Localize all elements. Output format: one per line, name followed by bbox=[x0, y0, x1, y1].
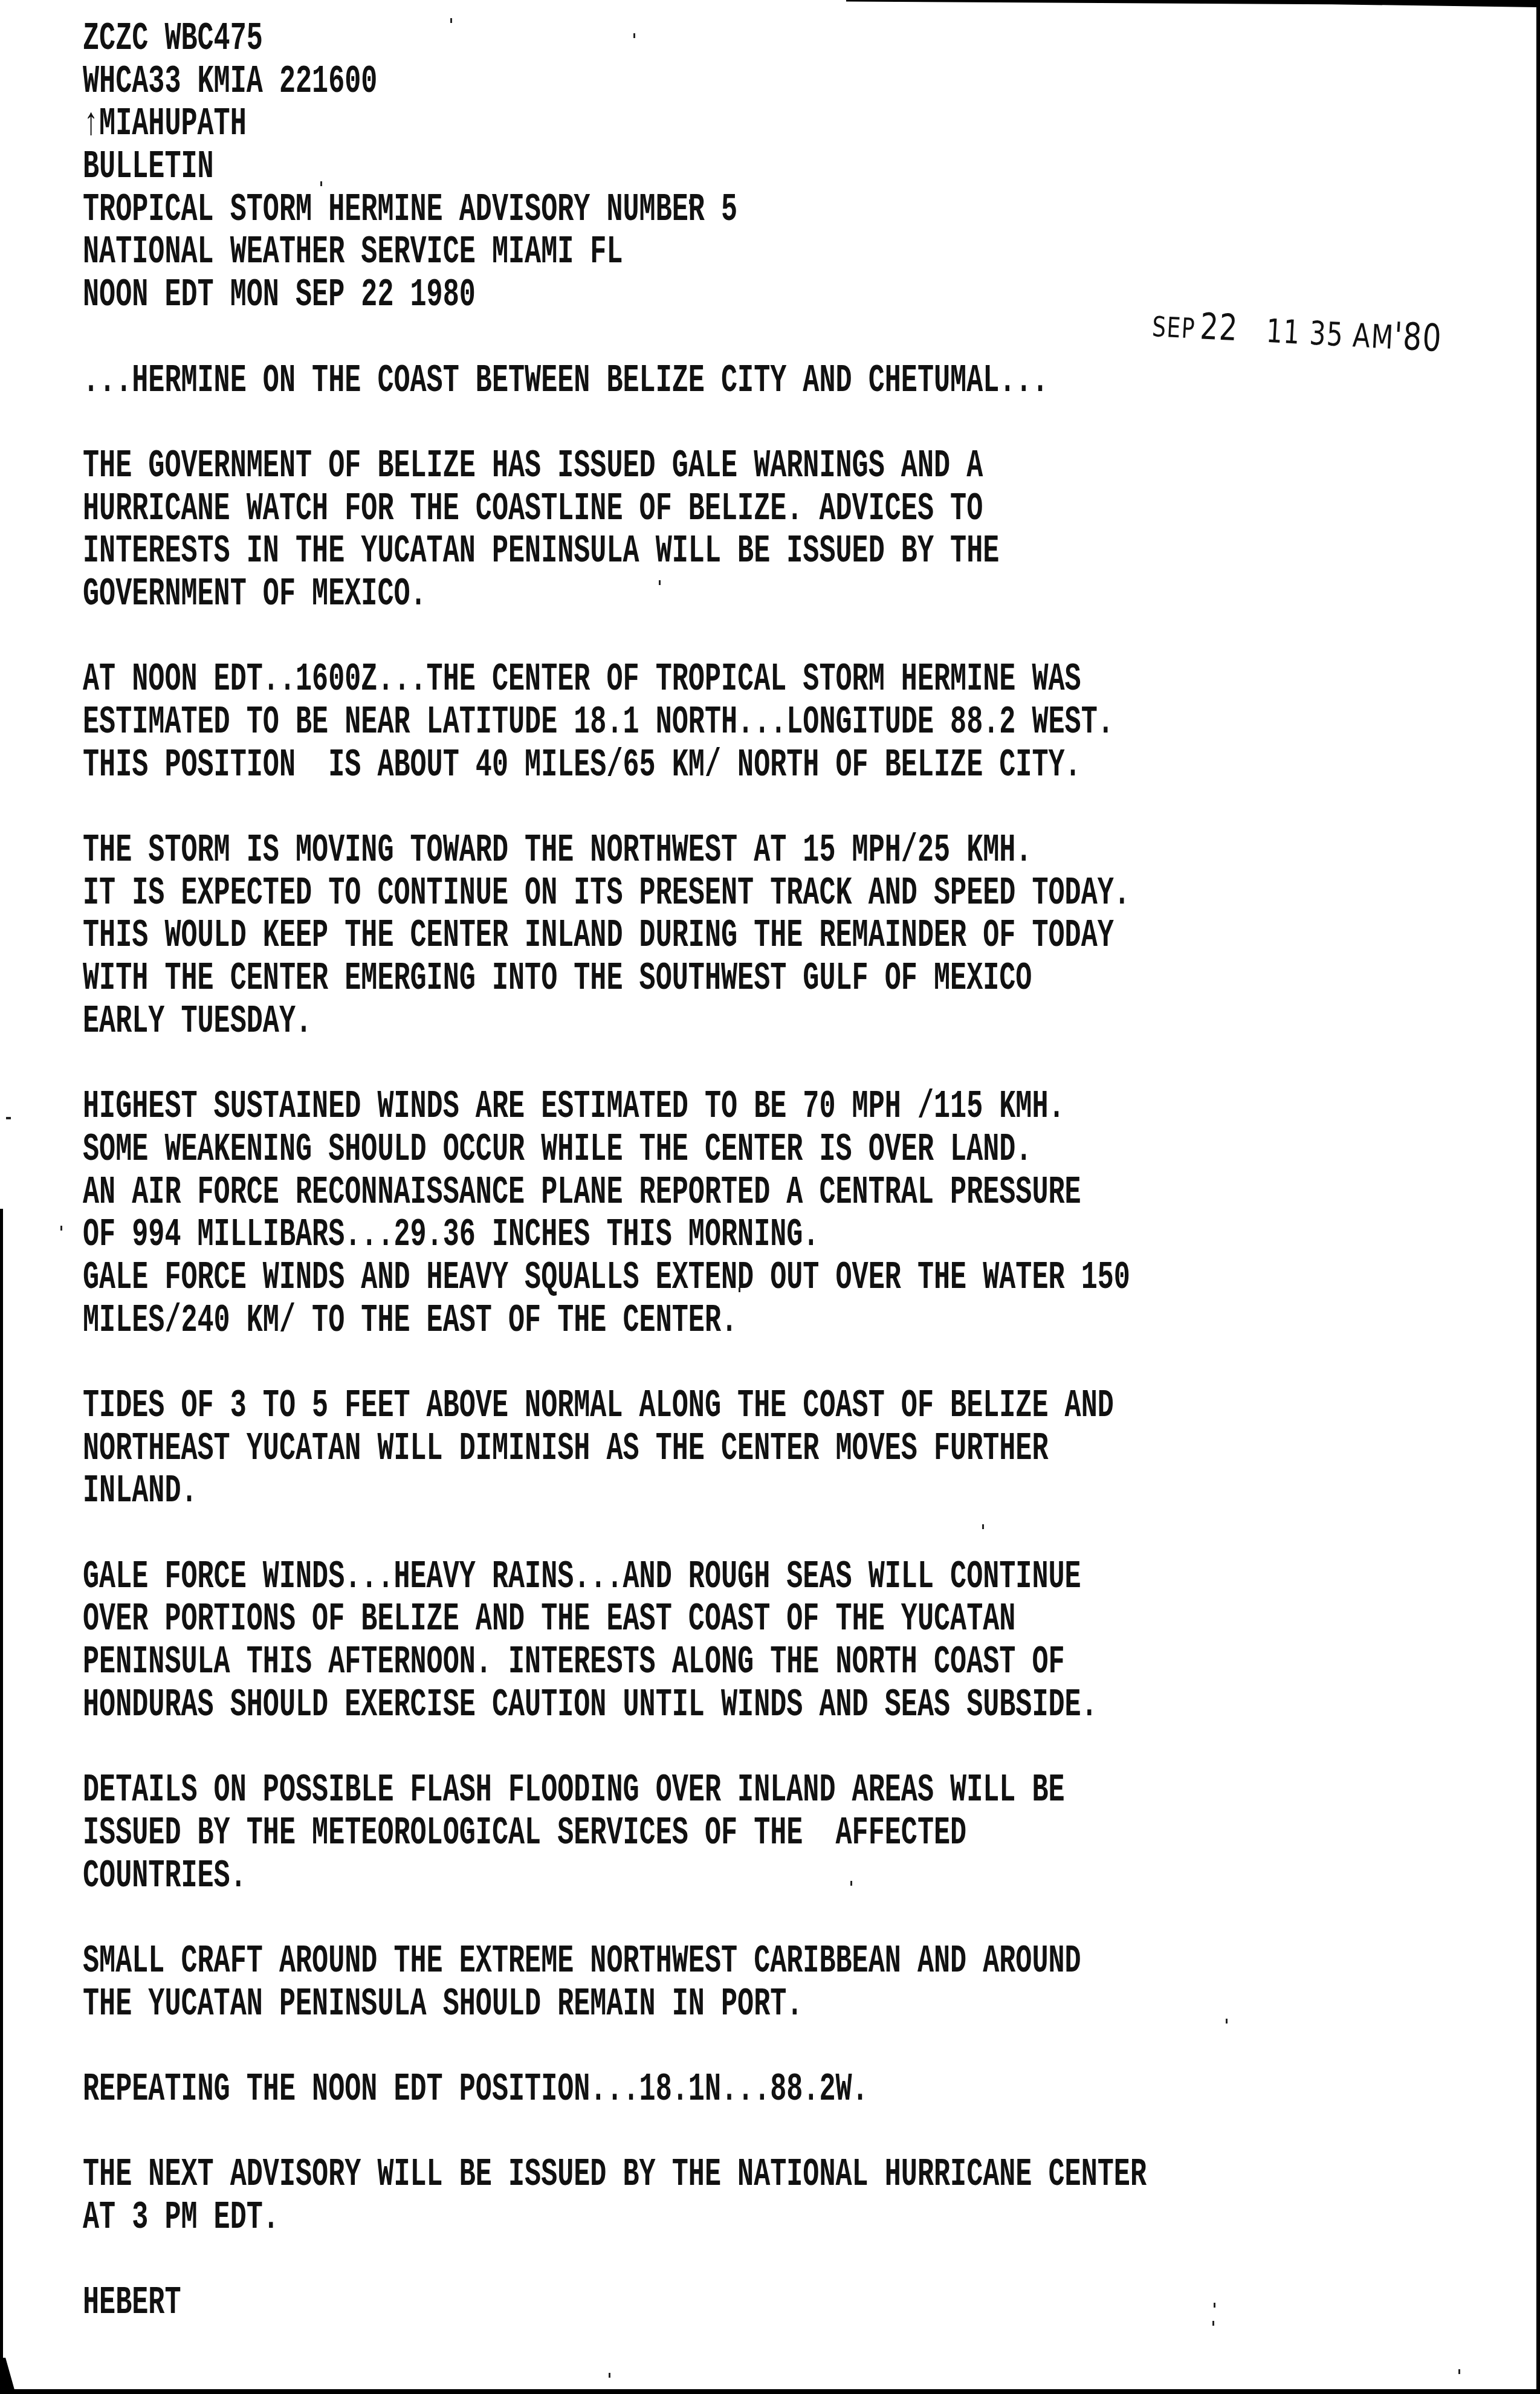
paragraph-next-advisory-line: AT 3 PM EDT. bbox=[83, 2197, 1147, 2240]
issue-time: NOON EDT MON SEP 22 1980 bbox=[83, 274, 1147, 317]
print-speck bbox=[739, 1287, 740, 1292]
paragraph-movement-line: THE STORM IS MOVING TOWARD THE NORTHWEST… bbox=[83, 830, 1147, 873]
paragraph-movement-line: EARLY TUESDAY. bbox=[83, 1001, 1147, 1044]
print-speck bbox=[982, 1524, 984, 1529]
paragraph-small-craft-line: SMALL CRAFT AROUND THE EXTREME NORTHWEST… bbox=[83, 1941, 1147, 1984]
paragraph-position-line: AT NOON EDT..1600Z...THE CENTER OF TROPI… bbox=[83, 659, 1147, 702]
blank-line bbox=[83, 616, 1147, 659]
paragraph-flooding-line: DETAILS ON POSSIBLE FLASH FLOODING OVER … bbox=[83, 1770, 1147, 1813]
print-speck bbox=[6, 1117, 11, 1119]
scan-edge-corner bbox=[0, 2358, 16, 2394]
stamp-year: '80 bbox=[1393, 314, 1443, 360]
paragraph-tides-line: TIDES OF 3 TO 5 FEET ABOVE NORMAL ALONG … bbox=[83, 1385, 1147, 1428]
blank-line bbox=[83, 1342, 1147, 1385]
print-speck bbox=[1214, 2303, 1215, 2308]
print-speck bbox=[60, 1226, 62, 1231]
print-speck bbox=[1212, 2321, 1214, 2326]
stamp-day: 22 bbox=[1199, 305, 1239, 349]
print-speck bbox=[633, 33, 635, 38]
paragraph-flooding-line: COUNTRIES. bbox=[83, 1855, 1147, 1898]
blank-line bbox=[83, 403, 1147, 445]
paragraph-winds-line: OF 994 MILLIBARS...29.36 INCHES THIS MOR… bbox=[83, 1214, 1147, 1257]
print-speck bbox=[659, 580, 661, 585]
print-speck bbox=[320, 181, 322, 186]
blank-line bbox=[83, 317, 1147, 360]
print-speck bbox=[609, 2373, 610, 2378]
paragraph-next-advisory-line: THE NEXT ADVISORY WILL BE ISSUED BY THE … bbox=[83, 2154, 1147, 2197]
paragraph-winds-line: SOME WEAKENING SHOULD OCCUR WHILE THE CE… bbox=[83, 1129, 1147, 1172]
header-line: WHCA33 KMIA 221600 bbox=[83, 61, 1147, 104]
paragraph-flooding-line: ISSUED BY THE METEOROLOGICAL SERVICES OF… bbox=[83, 1813, 1147, 1855]
paragraph-gale-line: HONDURAS SHOULD EXERCISE CAUTION UNTIL W… bbox=[83, 1684, 1147, 1727]
print-speck bbox=[850, 1881, 852, 1886]
print-speck bbox=[1458, 2369, 1460, 2374]
paragraph-tides-line: INLAND. bbox=[83, 1470, 1147, 1513]
print-speck bbox=[689, 199, 691, 204]
header-line: BULLETIN bbox=[83, 146, 1147, 189]
blank-line bbox=[83, 2026, 1147, 2069]
forecaster-signature: HEBERT bbox=[83, 2282, 1147, 2325]
paragraph-winds-line: GALE FORCE WINDS AND HEAVY SQUALLS EXTEN… bbox=[83, 1257, 1147, 1300]
paragraph-position-line: ESTIMATED TO BE NEAR LATITUDE 18.1 NORTH… bbox=[83, 702, 1147, 745]
blank-line bbox=[83, 1513, 1147, 1556]
headline: ...HERMINE ON THE COAST BETWEEN BELIZE C… bbox=[83, 360, 1147, 403]
blank-line bbox=[83, 2112, 1147, 2155]
paragraph-warnings-line: INTERESTS IN THE YUCATAN PENINSULA WILL … bbox=[83, 531, 1147, 574]
paragraph-gale-line: GALE FORCE WINDS...HEAVY RAINS...AND ROU… bbox=[83, 1556, 1147, 1599]
paragraph-movement-line: IT IS EXPECTED TO CONTINUE ON ITS PRESEN… bbox=[83, 873, 1147, 916]
blank-line bbox=[83, 787, 1147, 830]
paragraph-winds-line: MILES/240 KM/ TO THE EAST OF THE CENTER. bbox=[83, 1300, 1147, 1343]
received-date-stamp: SEP2211 35 AM'80 bbox=[1113, 261, 1446, 398]
paragraph-gale-line: PENINSULA THIS AFTERNOON. INTERESTS ALON… bbox=[83, 1642, 1147, 1684]
paragraph-movement-line: THIS WOULD KEEP THE CENTER INLAND DURING… bbox=[83, 915, 1147, 958]
blank-line bbox=[83, 1898, 1147, 1941]
header-line: ↑MIAHUPATH bbox=[83, 103, 1147, 146]
paragraph-warnings-line: GOVERNMENT OF MEXICO. bbox=[83, 574, 1147, 616]
paragraph-tides-line: NORTHEAST YUCATAN WILL DIMINISH AS THE C… bbox=[83, 1428, 1147, 1471]
blank-line bbox=[83, 1727, 1147, 1770]
paragraph-warnings-line: THE GOVERNMENT OF BELIZE HAS ISSUED GALE… bbox=[83, 445, 1147, 488]
header-line: ZCZC WBC475 bbox=[83, 18, 1147, 61]
paragraph-winds-line: AN AIR FORCE RECONNAISSANCE PLANE REPORT… bbox=[83, 1172, 1147, 1215]
paragraph-position-line: THIS POSITION IS ABOUT 40 MILES/65 KM/ N… bbox=[83, 745, 1147, 788]
paragraph-movement-line: WITH THE CENTER EMERGING INTO THE SOUTHW… bbox=[83, 958, 1147, 1001]
stamp-time: 11 35 AM bbox=[1266, 312, 1396, 357]
scan-edge-top bbox=[846, 0, 1540, 7]
teletype-page: ZCZC WBC475 WHCA33 KMIA 221600 ↑MIAHUPAT… bbox=[0, 0, 1540, 2394]
paragraph-winds-line: HIGHEST SUSTAINED WINDS ARE ESTIMATED TO… bbox=[83, 1086, 1147, 1129]
scan-edge-left bbox=[0, 1209, 3, 2394]
issuing-office: NATIONAL WEATHER SERVICE MIAMI FL bbox=[83, 231, 1147, 274]
stamp-month: SEP bbox=[1151, 310, 1197, 345]
blank-line bbox=[83, 1044, 1147, 1087]
scan-edge-bottom bbox=[0, 2389, 1540, 2394]
paragraph-warnings-line: HURRICANE WATCH FOR THE COASTLINE OF BEL… bbox=[83, 488, 1147, 531]
blank-line bbox=[83, 2240, 1147, 2283]
print-speck bbox=[450, 18, 452, 23]
paragraph-gale-line: OVER PORTIONS OF BELIZE AND THE EAST COA… bbox=[83, 1599, 1147, 1642]
advisory-title: TROPICAL STORM HERMINE ADVISORY NUMBER 5 bbox=[83, 189, 1147, 232]
print-speck bbox=[1226, 2019, 1228, 2024]
paragraph-repeat-position: REPEATING THE NOON EDT POSITION...18.1N.… bbox=[83, 2069, 1147, 2112]
paragraph-small-craft-line: THE YUCATAN PENINSULA SHOULD REMAIN IN P… bbox=[83, 1984, 1147, 2027]
